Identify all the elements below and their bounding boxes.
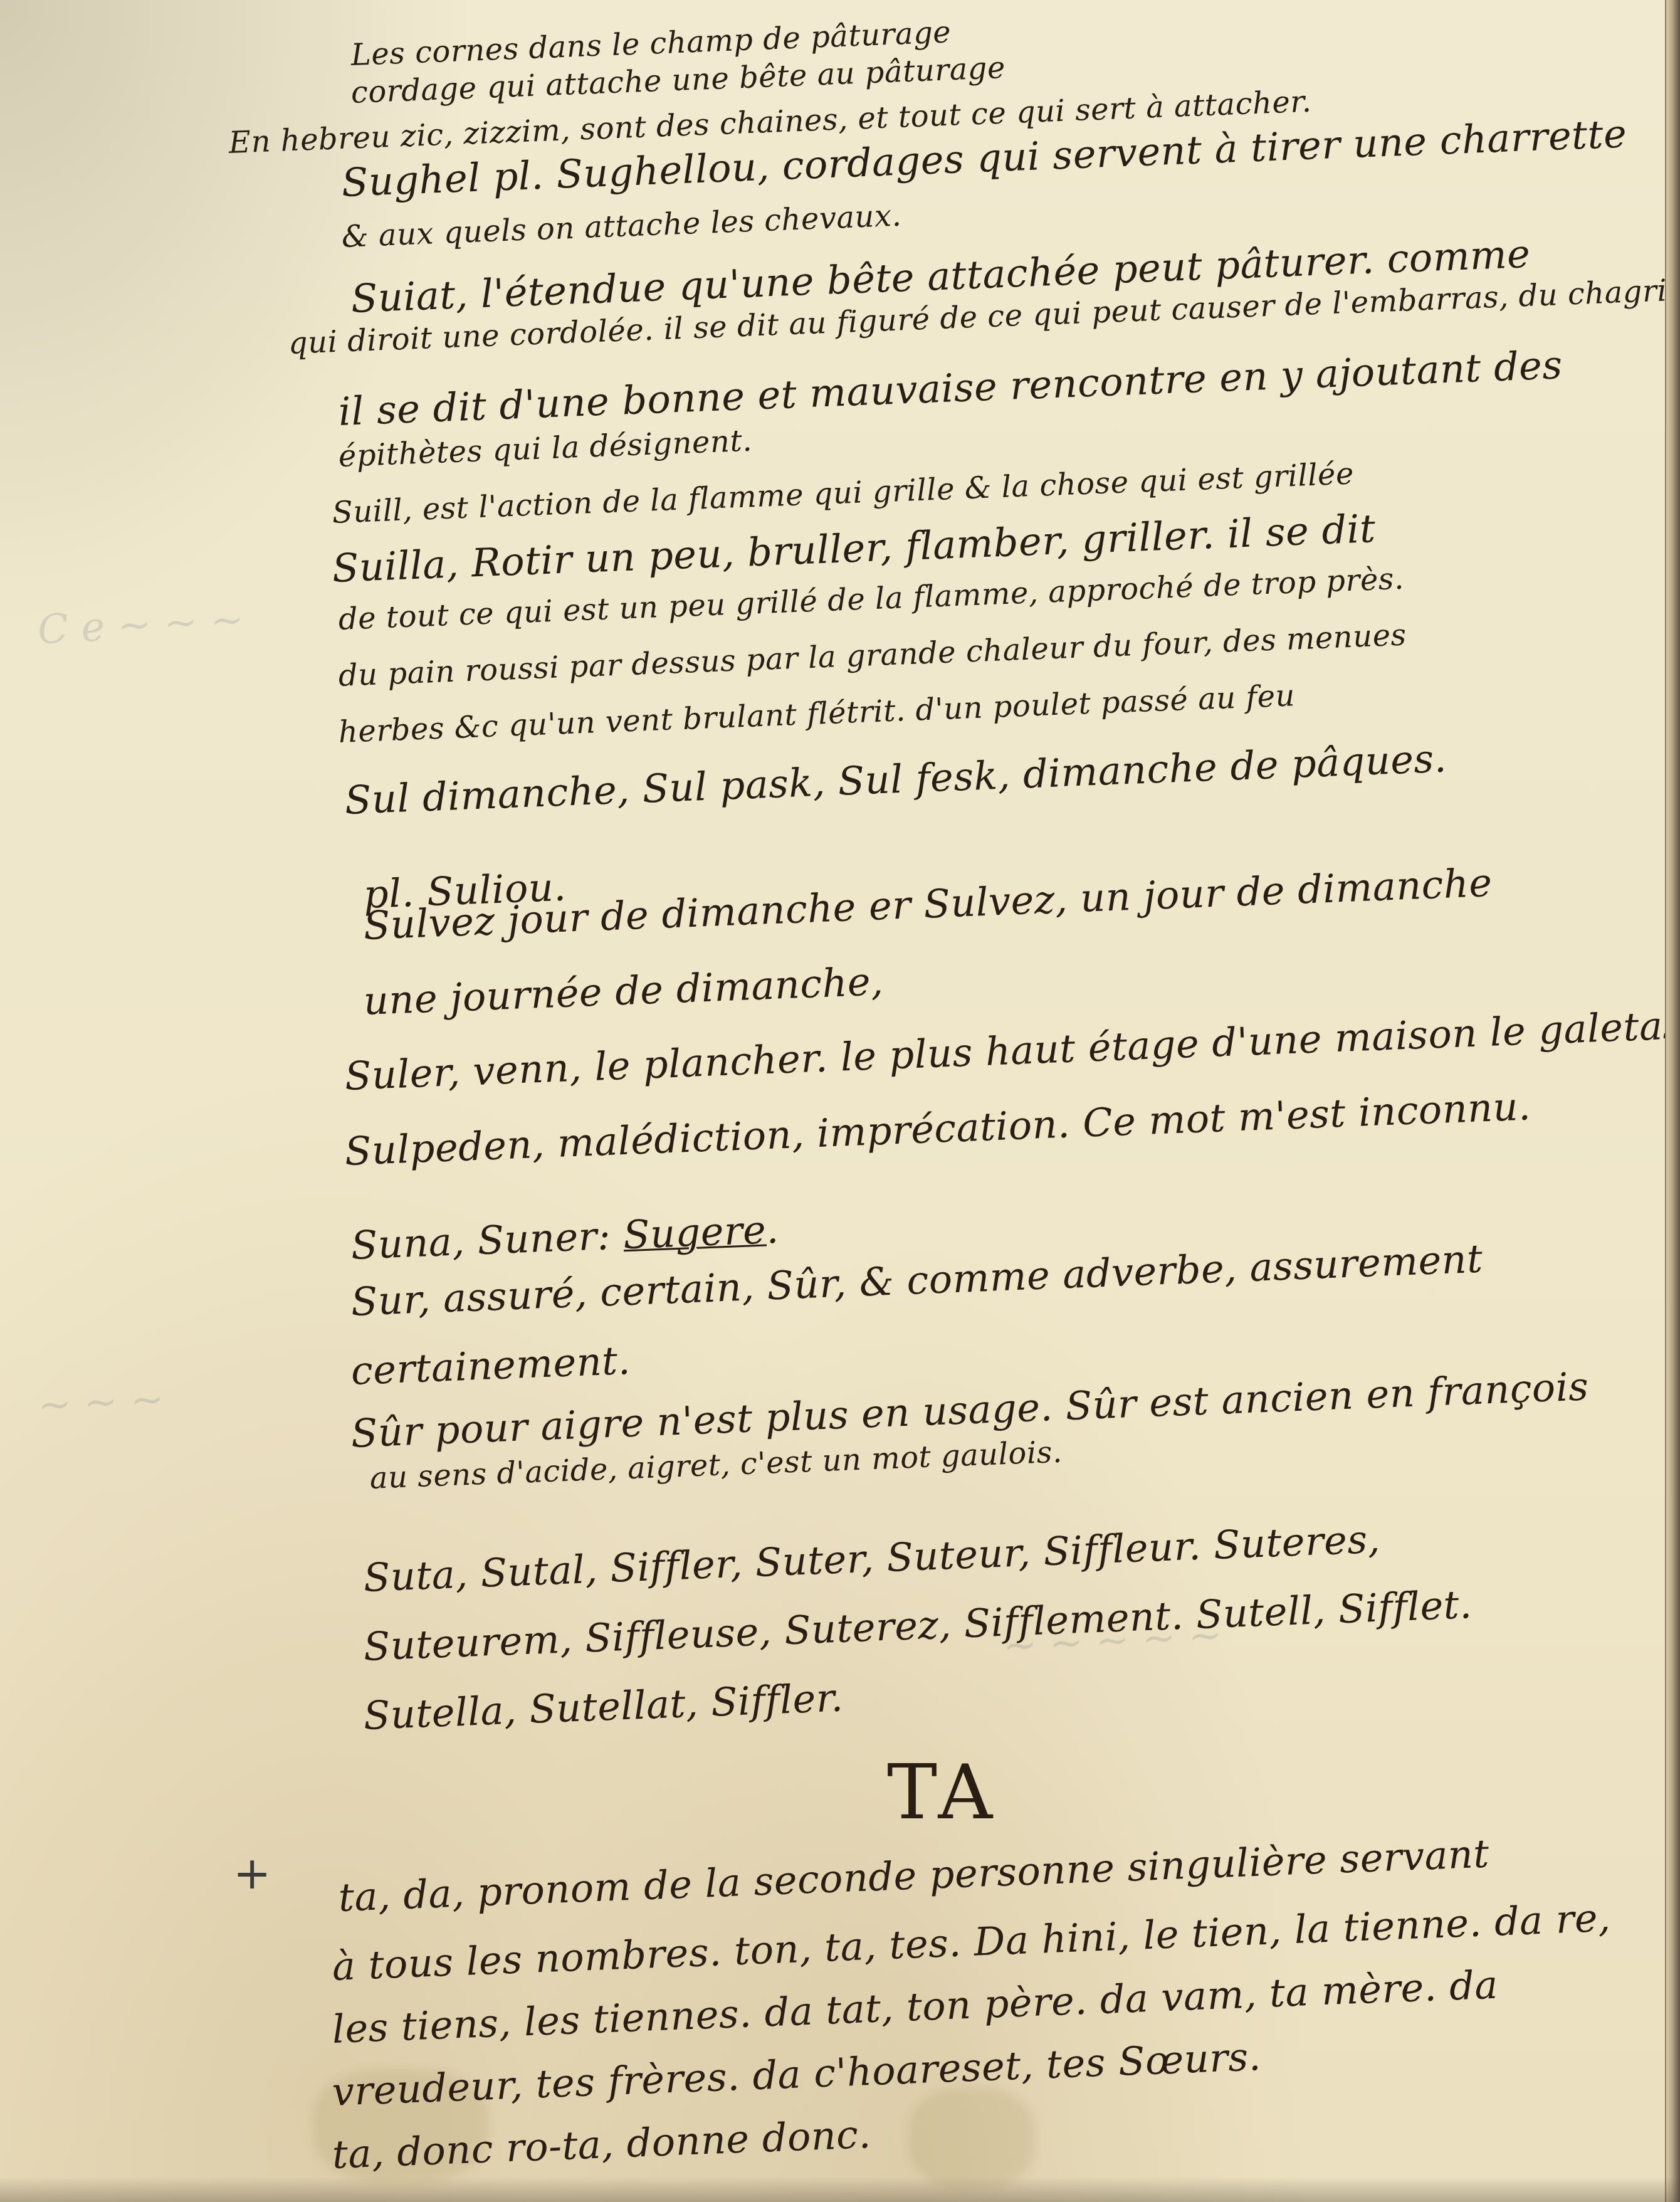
- page-bottom-shadow: [0, 2177, 1680, 2202]
- manuscript-line: une journée de dimanche,: [363, 958, 885, 1024]
- section-heading: TA: [887, 1749, 997, 1836]
- page-edge: [1665, 0, 1680, 2202]
- manuscript-line: Sutella, Sutellat, Siffler.: [363, 1675, 844, 1739]
- manuscript-line: Suteurem, Siffleuse, Suterez, Sifflement…: [363, 1581, 1473, 1670]
- margin-cross-mark: +: [233, 1846, 271, 1899]
- manuscript-line: herbes &c qu'un vent brulant flétrit. d'…: [338, 678, 1296, 750]
- manuscript-line: Sul dimanche, Sul pask, Sul fesk, dimanc…: [344, 735, 1448, 823]
- manuscript-page: C e ~ ~ ~ ~ ~ ~ ~ ~ ~ ~ ~ Les cornes dan…: [0, 0, 1667, 2202]
- water-stain: [909, 2088, 1034, 2188]
- underlined-word: Sugere: [622, 1207, 767, 1258]
- bleed-through-text: C e ~ ~ ~: [36, 596, 245, 653]
- manuscript-line: & aux quels on attache les chevaux.: [341, 198, 902, 255]
- manuscript-line: il se dit d'une bonne et mauvaise rencon…: [338, 342, 1563, 435]
- manuscript-line: Suna, Suner: Sugere.: [350, 1206, 780, 1268]
- bleed-through-text: ~ ~ ~: [36, 1376, 165, 1429]
- manuscript-line: certainement.: [350, 1337, 631, 1394]
- entry-headword: Suna, Suner:: [350, 1212, 624, 1268]
- manuscript-line: Sulpeden, malédiction, imprécation. Ce m…: [344, 1083, 1532, 1174]
- manuscript-line: Suta, Sutal, Siffler, Suter, Suteur, Sif…: [363, 1516, 1381, 1601]
